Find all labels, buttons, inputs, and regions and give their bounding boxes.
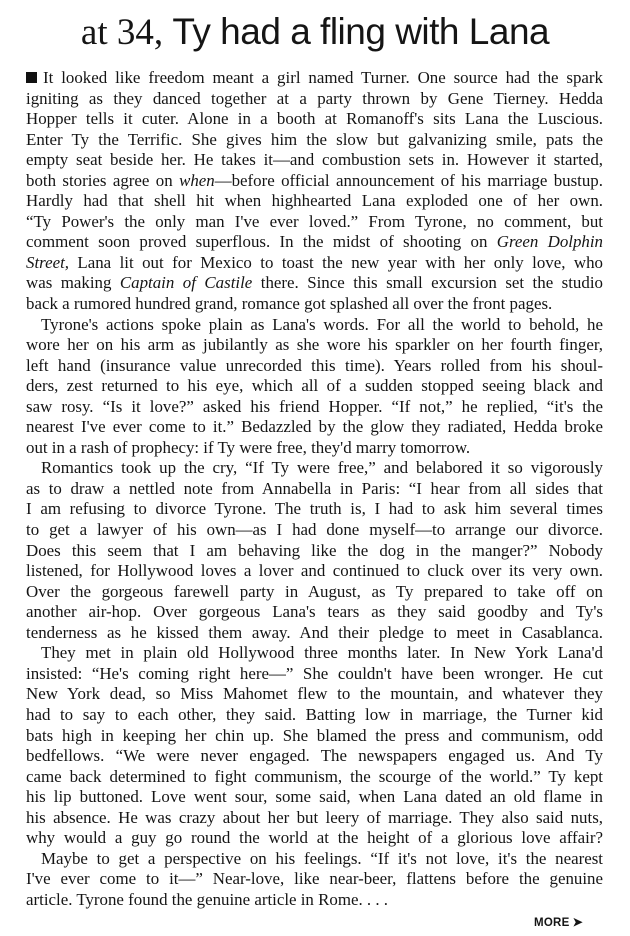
line-text: back a rumored hundred grand, romance go…: [26, 294, 552, 313]
article-line: Hardly had that shell hit when highheart…: [26, 191, 603, 212]
article-line: I am refusing to divorce Tyrone. The tru…: [26, 499, 603, 520]
line-text: Tyrone's actions spoke plain as Lana's w…: [41, 315, 603, 334]
line-text: his absence. He was crazy about her but …: [26, 808, 603, 827]
article-line: igniting as they danced together at a pa…: [26, 89, 603, 110]
article-line: had to say to each other, they said. Bat…: [26, 705, 603, 726]
line-text: Enter Ty the Terrific. She gives him the…: [26, 130, 603, 149]
line-text: Hopper tells it cuter. Alone in a booth …: [26, 109, 603, 128]
line-text: wore her on his arm as jubilantly as she…: [26, 335, 603, 354]
article-line: his absence. He was crazy about her but …: [26, 808, 603, 829]
line-text: Maybe to get a perspective on his feelin…: [41, 849, 603, 868]
line-text: tenderness as he kissed them away. And t…: [26, 623, 603, 642]
line-text: nearest I've ever come to it.” Bedazzled…: [26, 417, 603, 436]
article-headline: at 34, Ty had a fling with Lana: [0, 8, 630, 57]
line-text: article. Tyrone found the genuine articl…: [26, 890, 388, 909]
line-text: Lana lit out for Mexico to toast the new…: [69, 253, 603, 272]
article-line: wore her on his arm as jubilantly as she…: [26, 335, 603, 356]
line-text: why would a guy go round the world at th…: [26, 828, 603, 847]
italic-text: Street,: [26, 253, 69, 272]
headline-main: Ty had a fling with Lana: [172, 11, 549, 52]
article-line: Street, Lana lit out for Mexico to toast…: [26, 253, 603, 274]
article-line: Tyrone's actions spoke plain as Lana's w…: [26, 315, 603, 336]
square-bullet-icon: [26, 72, 37, 83]
article-body: It looked like freedom meant a girl name…: [26, 68, 603, 910]
article-line: Hopper tells it cuter. Alone in a booth …: [26, 109, 603, 130]
article-line: New York dead, so Miss Mahomet flew to t…: [26, 684, 603, 705]
article-line: It looked like freedom meant a girl name…: [26, 68, 603, 89]
line-text: another air-hop. Over gorgeous Lana's te…: [26, 602, 603, 621]
line-text: bedfellows. “We were never engaged. The …: [26, 746, 603, 765]
line-text: his lip buttoned. Love went sour, some s…: [26, 787, 603, 806]
article-line: back a rumored hundred grand, romance go…: [26, 294, 603, 315]
article-line: out in a rash of prophecy: if Ty were fr…: [26, 438, 603, 459]
line-text: listened, for Hollywood loves a lover an…: [26, 561, 603, 580]
line-text: Romantics took up the cry, “If Ty were f…: [41, 458, 603, 477]
article-line: saw rosy. “Is it love?” asked his friend…: [26, 397, 603, 418]
line-text: “Ty Power's the only man I've ever loved…: [26, 212, 603, 231]
line-text: I am refusing to divorce Tyrone. The tru…: [26, 499, 603, 518]
line-text: ders, zest returned to his eye, which al…: [26, 376, 603, 395]
line-text: Does this seem that I am behaving like t…: [26, 541, 603, 560]
arrow-right-icon: ➤: [573, 915, 583, 929]
italic-text: Green Dolphin: [497, 232, 603, 251]
line-text: out in a rash of prophecy: if Ty were fr…: [26, 438, 470, 457]
line-text: there. Since this small excursion set th…: [252, 273, 603, 292]
line-text: both stories agree on: [26, 171, 179, 190]
article-line: bedfellows. “We were never engaged. The …: [26, 746, 603, 767]
headline-prefix: at 34,: [81, 12, 163, 53]
article-line: nearest I've ever come to it.” Bedazzled…: [26, 417, 603, 438]
article-line: to get a lawyer of his own—as I had done…: [26, 520, 603, 541]
article-line: another air-hop. Over gorgeous Lana's te…: [26, 602, 603, 623]
article-line: article. Tyrone found the genuine articl…: [26, 890, 603, 911]
article-line: Enter Ty the Terrific. She gives him the…: [26, 130, 603, 151]
more-label: MORE: [534, 917, 570, 929]
line-text: It looked like freedom meant a girl name…: [43, 68, 603, 87]
line-text: Over the gorgeous farewell party in Augu…: [26, 582, 603, 601]
line-text: to get a lawyer of his own—as I had done…: [26, 520, 603, 539]
italic-text: when: [179, 171, 215, 190]
line-text: left hand (insurance value unrecorded th…: [26, 356, 603, 375]
line-text: was making: [26, 273, 120, 292]
article-line: They met in plain old Hollywood three mo…: [26, 643, 603, 664]
italic-text: Captain of Castile: [120, 273, 252, 292]
line-text: igniting as they danced together at a pa…: [26, 89, 603, 108]
article-line: both stories agree on when—before offici…: [26, 171, 603, 192]
article-line: ders, zest returned to his eye, which al…: [26, 376, 603, 397]
article-line: as to draw a nettled note from Annabella…: [26, 479, 603, 500]
article-line: why would a guy go round the world at th…: [26, 828, 603, 849]
article-line: Does this seem that I am behaving like t…: [26, 541, 603, 562]
line-text: I've ever come to it—” Near-love, like n…: [26, 869, 603, 888]
article-line: his lip buttoned. Love went sour, some s…: [26, 787, 603, 808]
line-text: bats high in keeping her chin up. She bl…: [26, 726, 603, 745]
article-line: I've ever come to it—” Near-love, like n…: [26, 869, 603, 890]
line-text: had to say to each other, they said. Bat…: [26, 705, 603, 724]
article-line: listened, for Hollywood loves a lover an…: [26, 561, 603, 582]
article-line: empty seat beside her. He takes it—and c…: [26, 150, 603, 171]
article-line: was making Captain of Castile there. Sin…: [26, 273, 603, 294]
article-line: insisted: “He's coming right here—” She …: [26, 664, 603, 685]
line-text: They met in plain old Hollywood three mo…: [41, 643, 603, 662]
article-line: bats high in keeping her chin up. She bl…: [26, 726, 603, 747]
article-line: “Ty Power's the only man I've ever loved…: [26, 212, 603, 233]
line-text: insisted: “He's coming right here—” She …: [26, 664, 603, 683]
line-text: saw rosy. “Is it love?” asked his friend…: [26, 397, 603, 416]
line-text: —before official announcement of his mar…: [215, 171, 603, 190]
article-line: Over the gorgeous farewell party in Augu…: [26, 582, 603, 603]
line-text: empty seat beside her. He takes it—and c…: [26, 150, 603, 169]
article-line: Romantics took up the cry, “If Ty were f…: [26, 458, 603, 479]
line-text: Hardly had that shell hit when highheart…: [26, 191, 603, 210]
article-line: Maybe to get a perspective on his feelin…: [26, 849, 603, 870]
line-text: New York dead, so Miss Mahomet flew to t…: [26, 684, 603, 703]
article-line: left hand (insurance value unrecorded th…: [26, 356, 603, 377]
article-line: came back determined to fight communism,…: [26, 767, 603, 788]
line-text: came back determined to fight communism,…: [26, 767, 603, 786]
article-line: comment soon proved superflous. In the m…: [26, 232, 603, 253]
line-text: as to draw a nettled note from Annabella…: [26, 479, 603, 498]
article-line: tenderness as he kissed them away. And t…: [26, 623, 603, 644]
line-text: comment soon proved superflous. In the m…: [26, 232, 497, 251]
more-link[interactable]: MORE➤: [534, 915, 583, 929]
